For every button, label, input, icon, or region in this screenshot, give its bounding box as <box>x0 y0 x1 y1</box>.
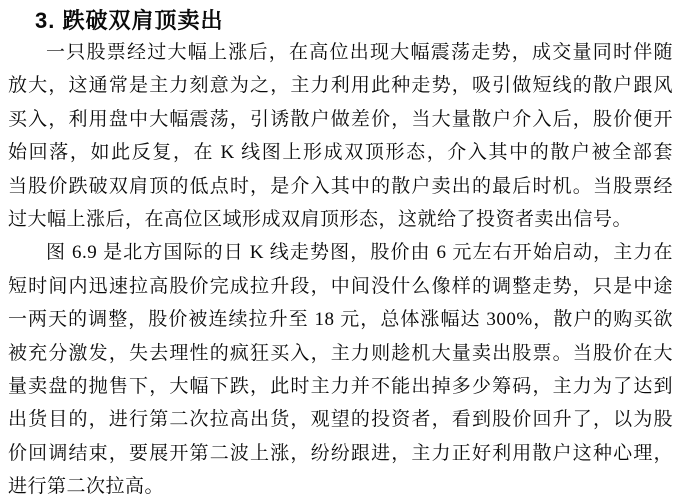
text-line: 放大，这通常是主力刻意为之，主力利用此种走势，吸引做短线的散户跟风 <box>8 69 673 102</box>
text-line: 价回调结束，要展开第二波上涨，纷纷跟进，主力正好利用散户这种心理， <box>8 437 673 470</box>
text-line: 出货目的，进行第二次拉高出货，观望的投资者，看到股价回升了，以为股 <box>8 403 673 436</box>
paragraph-2: 图 6.9 是北方国际的日 K 线走势图，股价由 6 元左右开始启动，主力在短时… <box>8 236 673 501</box>
text-line: 进行第二次拉高。 <box>8 470 673 501</box>
text-line: 过大幅上涨后，在高位区域形成双肩顶形态，这就给了投资者卖出信号。 <box>8 203 673 236</box>
text-line: 一只股票经过大幅上涨后，在高位出现大幅震荡走势，成交量同时伴随 <box>8 36 673 69</box>
text-line: 买入，利用盘中大幅震荡，引诱散户做差价，当大量散户介入后，股价便开 <box>8 103 673 136</box>
text-line: 始回落，如此反复，在 K 线图上形成双顶形态，介入其中的散户被全部套牢， <box>8 136 673 169</box>
text-line: 当股价跌破双肩顶的低点时，是介入其中的散户卖出的最后时机。当股票经 <box>8 170 673 203</box>
section-heading: 3. 跌破双肩顶卖出 <box>35 6 673 36</box>
text-line: 短时间内迅速拉高股价完成拉升段，中间没什么像样的调整走势，只是中途 <box>8 270 673 303</box>
text-line: 图 6.9 是北方国际的日 K 线走势图，股价由 6 元左右开始启动，主力在 <box>8 236 673 269</box>
text-line: 量卖盘的抛售下，大幅下跌，此时主力并不能出掉多少筹码，主力为了达到 <box>8 370 673 403</box>
book-page: 3. 跌破双肩顶卖出 一只股票经过大幅上涨后，在高位出现大幅震荡走势，成交量同时… <box>0 0 681 501</box>
text-line: 一两天的调整，股价被连续拉升至 18 元，总体涨幅达 300%，散户的购买欲望 <box>8 303 673 336</box>
paragraph-1: 一只股票经过大幅上涨后，在高位出现大幅震荡走势，成交量同时伴随放大，这通常是主力… <box>8 36 673 236</box>
text-line: 被充分激发，失去理性的疯狂买入，主力则趁机大量卖出股票。当股价在大 <box>8 337 673 370</box>
